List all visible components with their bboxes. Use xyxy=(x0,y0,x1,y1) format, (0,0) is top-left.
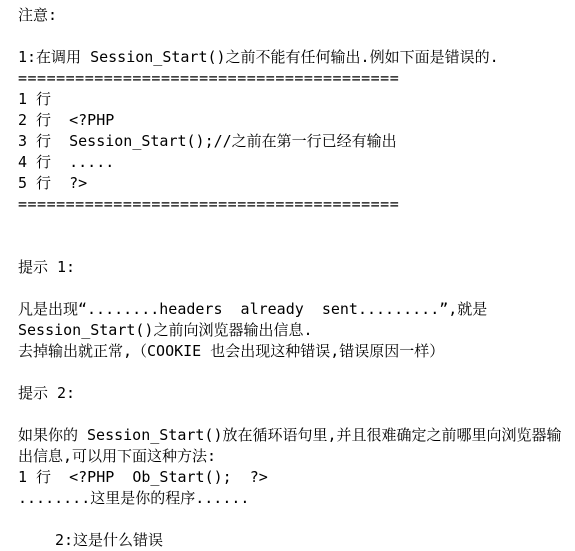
tip1-line3: 去掉输出就正常,（COOKIE 也会出现这种错误,错误原因一样） xyxy=(18,341,575,362)
document: 注意: 1:在调用 Session_Start()之前不能有任何输出.例如下面是… xyxy=(0,0,575,551)
tip2-program-note: ........这里是你的程序...... xyxy=(18,488,575,509)
code-line-1: 1 行 xyxy=(18,89,575,110)
code-line-2: 2 行 <?PHP xyxy=(18,110,575,131)
point1-intro: 1:在调用 Session_Start()之前不能有任何输出.例如下面是错误的. xyxy=(18,47,575,68)
tip2-line2: 出信息,可以用下面这种方法: xyxy=(18,446,575,467)
blank-line xyxy=(18,509,575,530)
blank-line xyxy=(18,278,575,299)
point2-text: 2:这是什么错误 xyxy=(18,530,575,551)
code-line-4: 4 行 ..... xyxy=(18,152,575,173)
blank-line xyxy=(18,236,575,257)
tip1-heading: 提示 1: xyxy=(18,257,575,278)
divider-top: ======================================== xyxy=(18,68,575,89)
tip2-code-line: 1 行 <?PHP Ob_Start(); ?> xyxy=(18,467,575,488)
blank-line xyxy=(18,26,575,47)
blank-line xyxy=(18,362,575,383)
code-line-5: 5 行 ?> xyxy=(18,173,575,194)
divider-bottom: ======================================== xyxy=(18,194,575,215)
tip1-line1: 凡是出现“........headers already sent.......… xyxy=(18,299,575,320)
blank-line xyxy=(18,404,575,425)
code-line-3: 3 行 Session_Start();//之前在第一行已经有输出 xyxy=(18,131,575,152)
notice-heading: 注意: xyxy=(18,5,575,26)
tip1-line2: Session_Start()之前向浏览器输出信息. xyxy=(18,320,575,341)
tip2-heading: 提示 2: xyxy=(18,383,575,404)
tip2-line1: 如果你的 Session_Start()放在循环语句里,并且很难确定之前哪里向浏… xyxy=(18,425,575,446)
blank-line xyxy=(18,215,575,236)
